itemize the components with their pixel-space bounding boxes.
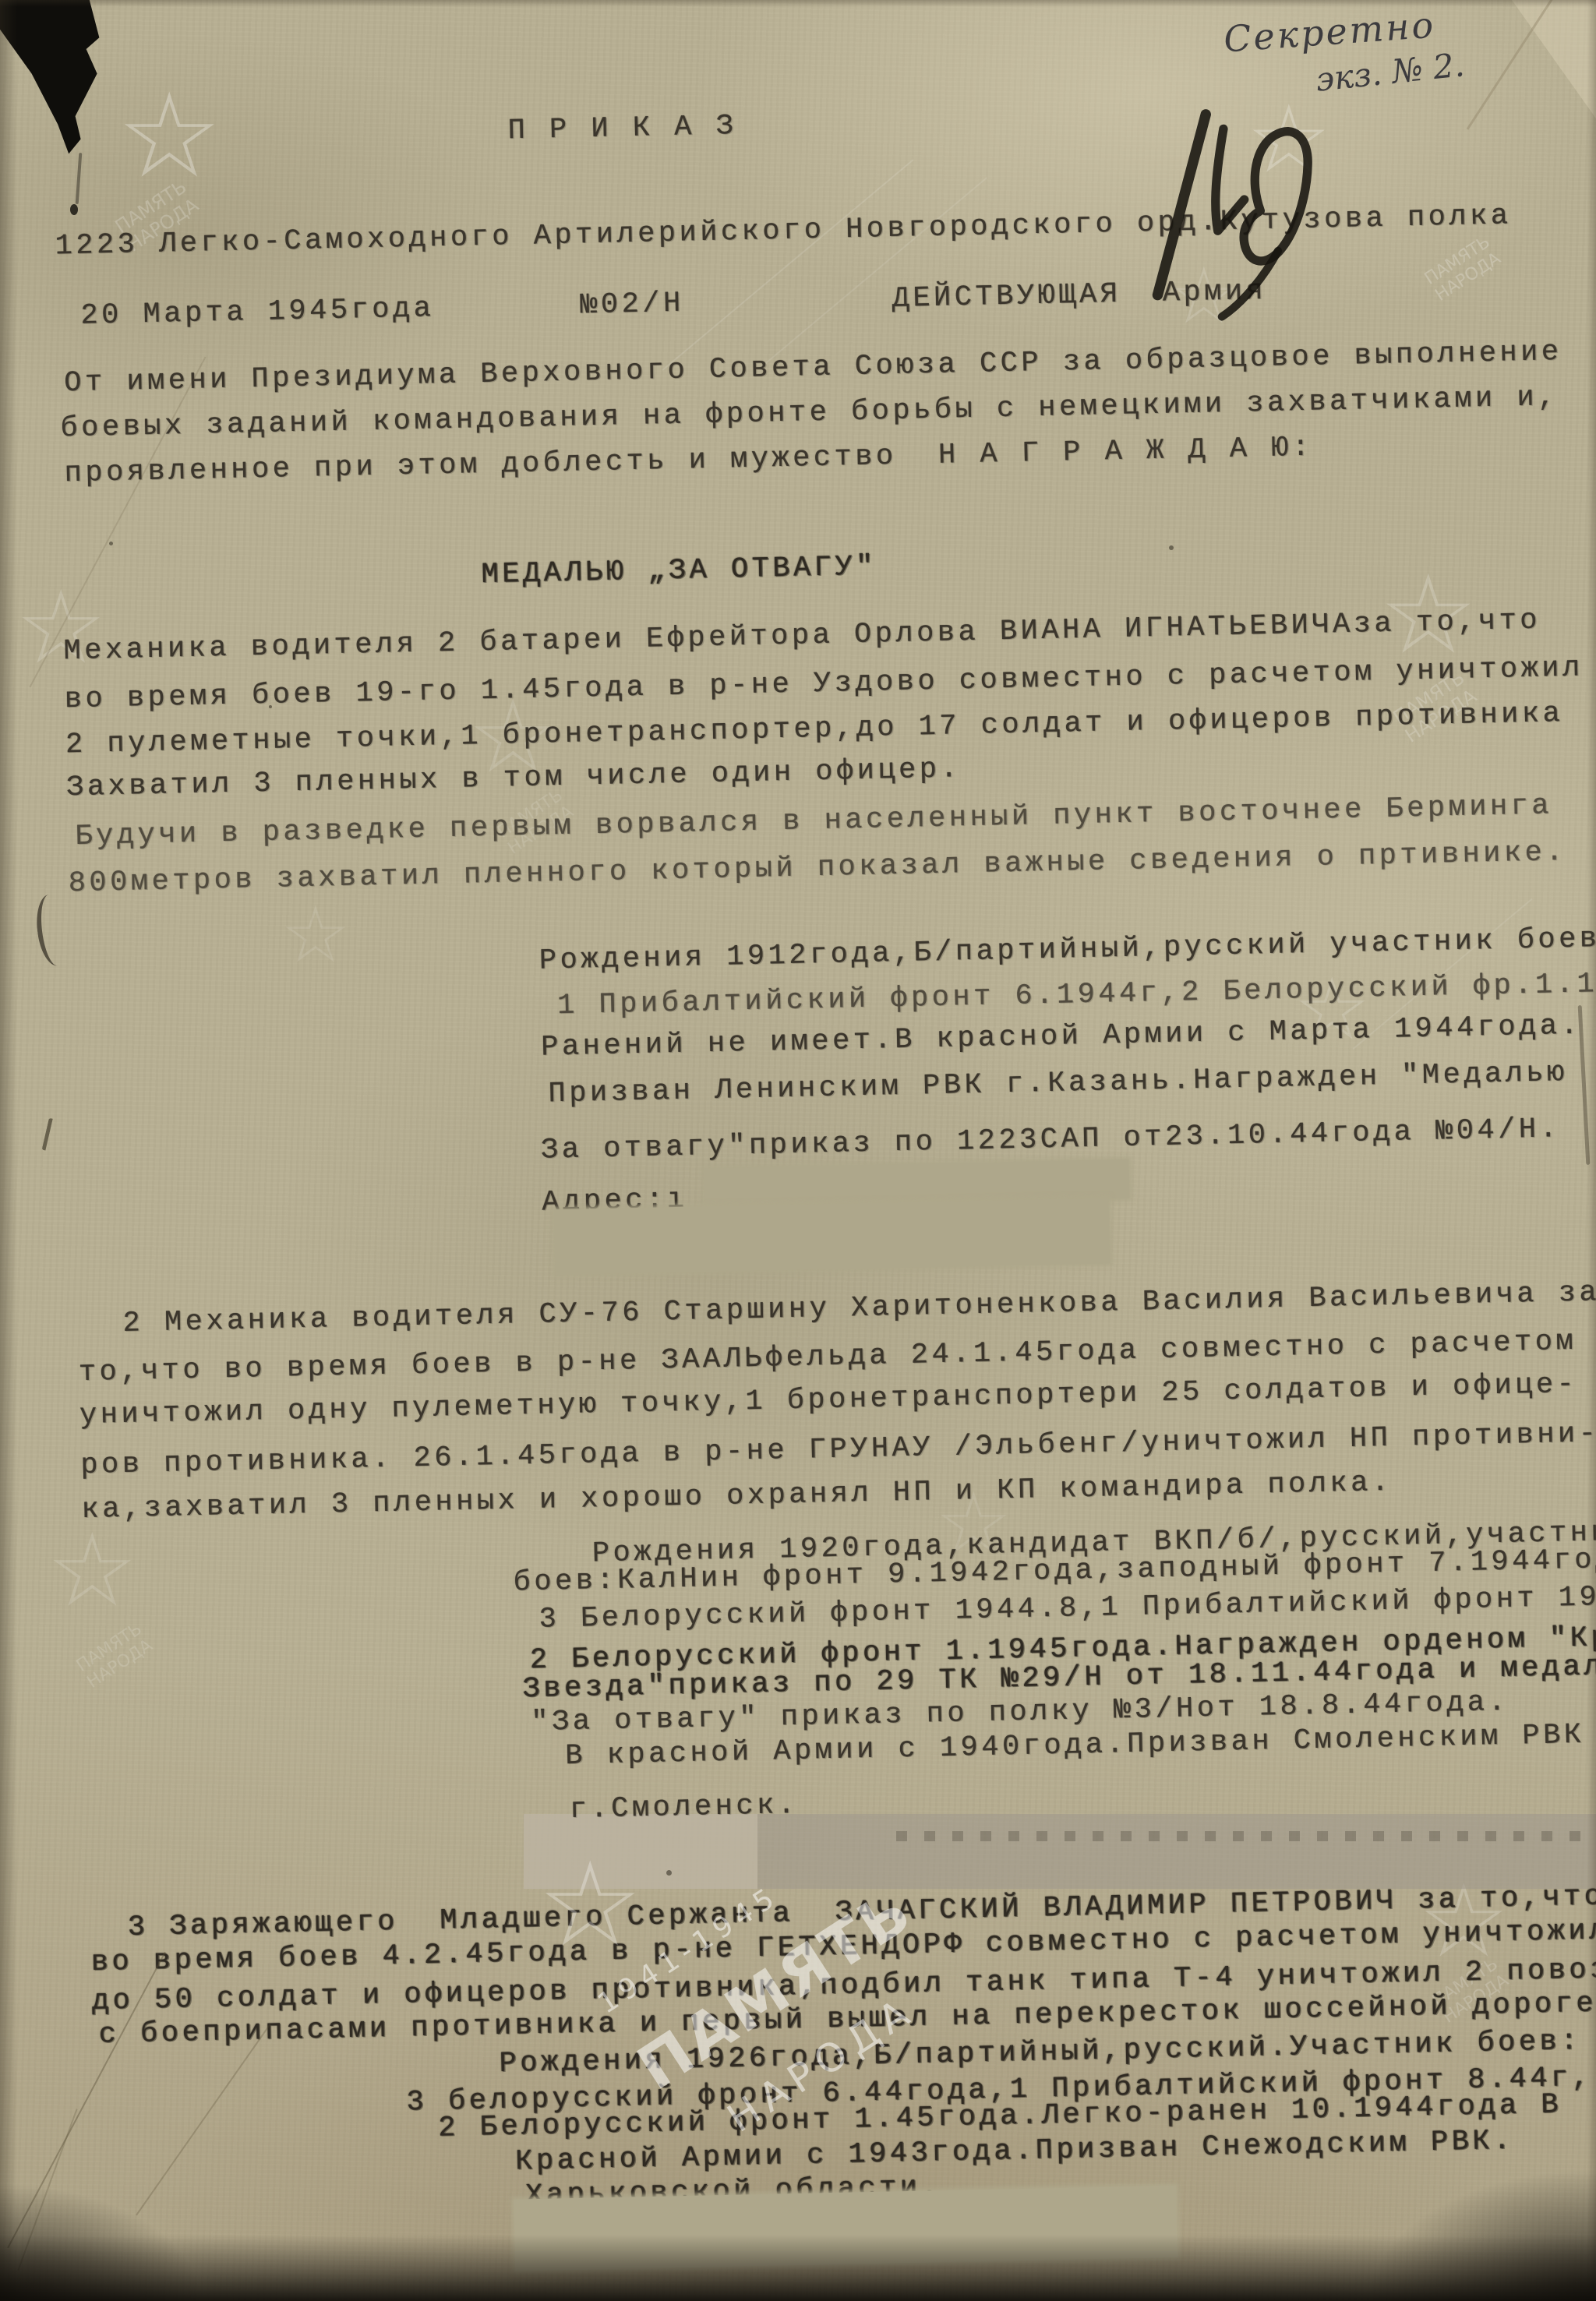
redacted-address-block <box>554 1198 1110 1275</box>
left-edge-shadow <box>0 0 17 2301</box>
scrawl-strokes <box>1149 66 1407 331</box>
entry-body-line: Захватил 3 пленных в том числе один офиц… <box>66 753 962 804</box>
scanned-order-page: ☆ ☆ ☆ ☆ ☆ ☆ ☆ ☆ ☆ ☆ ☆ ПАМЯТЬ НАРОДА ПАМЯ… <box>0 0 1596 2301</box>
ink-dot <box>666 1870 672 1876</box>
watermark-star: ☆ <box>538 1847 642 1964</box>
handwritten-number-scrawl <box>1149 66 1407 331</box>
order-title: П Р И К А З <box>507 110 737 147</box>
date-number-army-line: 20 Марта 1945года №02/Н ДЕЙСТВУЮЩАЯ Арми… <box>80 275 1267 333</box>
award-heading: МЕДАЛЬЮ „ЗА ОТВАГУ" <box>481 550 877 591</box>
top-edge-shadow <box>0 0 1596 7</box>
ink-dot <box>109 542 113 545</box>
entry-record-line: За отвагу"приказ по 1223САП от23.10.44го… <box>541 1113 1561 1166</box>
ink-dot <box>269 705 272 708</box>
right-edge-shadow <box>1587 0 1596 2301</box>
bottom-scan-edge <box>0 2235 1596 2301</box>
ink-drip <box>70 204 78 215</box>
entry-record-line: Рождения 1912года,Б/партийный,русский уч… <box>539 923 1596 978</box>
entry-record-line: г.Смоленск. <box>569 1789 799 1826</box>
ink-dot <box>1169 545 1174 550</box>
entry-record-line: Призван Ленинским РВК г.Казань.Награжден… <box>548 1057 1568 1110</box>
